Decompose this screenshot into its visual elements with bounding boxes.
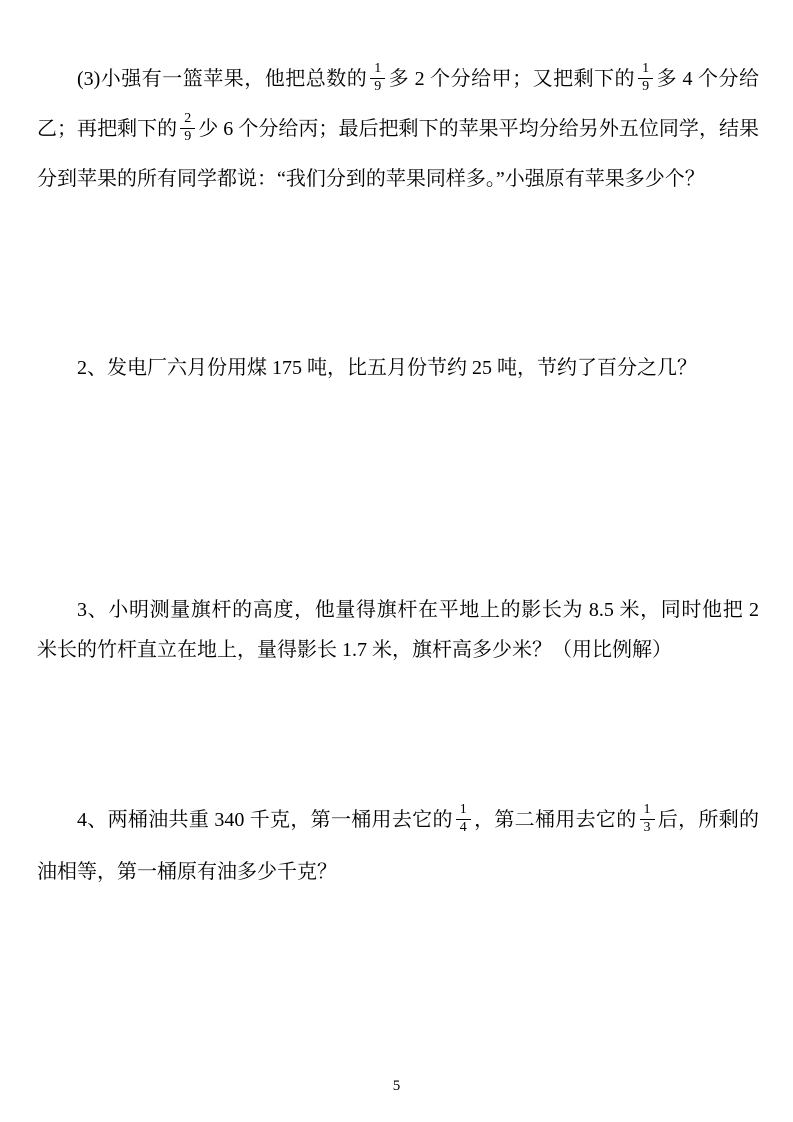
fraction-two-ninths: 29: [180, 112, 195, 144]
problem-3-text-2: 多 2 个分给甲；又把剩下的: [388, 68, 635, 90]
question-4-text-1: 4、两桶油共重 340 千克，第一桶用去它的: [77, 809, 453, 831]
question-2-text: 2、发电厂六月份用煤 175 吨，比五月份节约 25 吨，节约了百分之几？: [77, 357, 697, 379]
fraction-numerator: 1: [638, 62, 653, 78]
question-4-paragraph: 4、两桶油共重 340 千克，第一桶用去它的14，第二桶用去它的13后，所剩的油…: [37, 794, 759, 898]
page-number: 5: [0, 1076, 793, 1096]
fraction-numerator: 1: [370, 62, 385, 78]
fraction-denominator: 9: [180, 128, 195, 145]
fraction-denominator: 4: [456, 819, 471, 836]
problem-3-paragraph: (3)小强有一篮苹果，他把总数的19多 2 个分给甲；又把剩下的19多 4 个分…: [37, 54, 759, 204]
fraction-one-ninth-b: 19: [638, 62, 653, 94]
fraction-numerator: 2: [180, 112, 195, 128]
fraction-denominator: 9: [370, 78, 385, 95]
fraction-one-third: 13: [640, 803, 655, 835]
fraction-denominator: 9: [638, 78, 653, 95]
question-4-text-2: ，第二桶用去它的: [474, 809, 637, 831]
document-page: (3)小强有一篮苹果，他把总数的19多 2 个分给甲；又把剩下的19多 4 个分…: [0, 0, 793, 1122]
fraction-one-quarter: 14: [456, 803, 471, 835]
fraction-one-ninth-a: 19: [370, 62, 385, 94]
fraction-numerator: 1: [640, 803, 655, 819]
fraction-numerator: 1: [456, 803, 471, 819]
question-2-paragraph: 2、发电厂六月份用煤 175 吨，比五月份节约 25 吨，节约了百分之几？: [37, 348, 759, 388]
question-3-paragraph: 3、小明测量旗杆的高度，他量得旗杆在平地上的影长为 8.5 米，同时他把 2 米…: [37, 590, 759, 670]
problem-3-text-1: (3)小强有一篮苹果，他把总数的: [77, 68, 367, 90]
fraction-denominator: 3: [640, 819, 655, 836]
question-3-text: 3、小明测量旗杆的高度，他量得旗杆在平地上的影长为 8.5 米，同时他把 2 米…: [37, 599, 759, 661]
